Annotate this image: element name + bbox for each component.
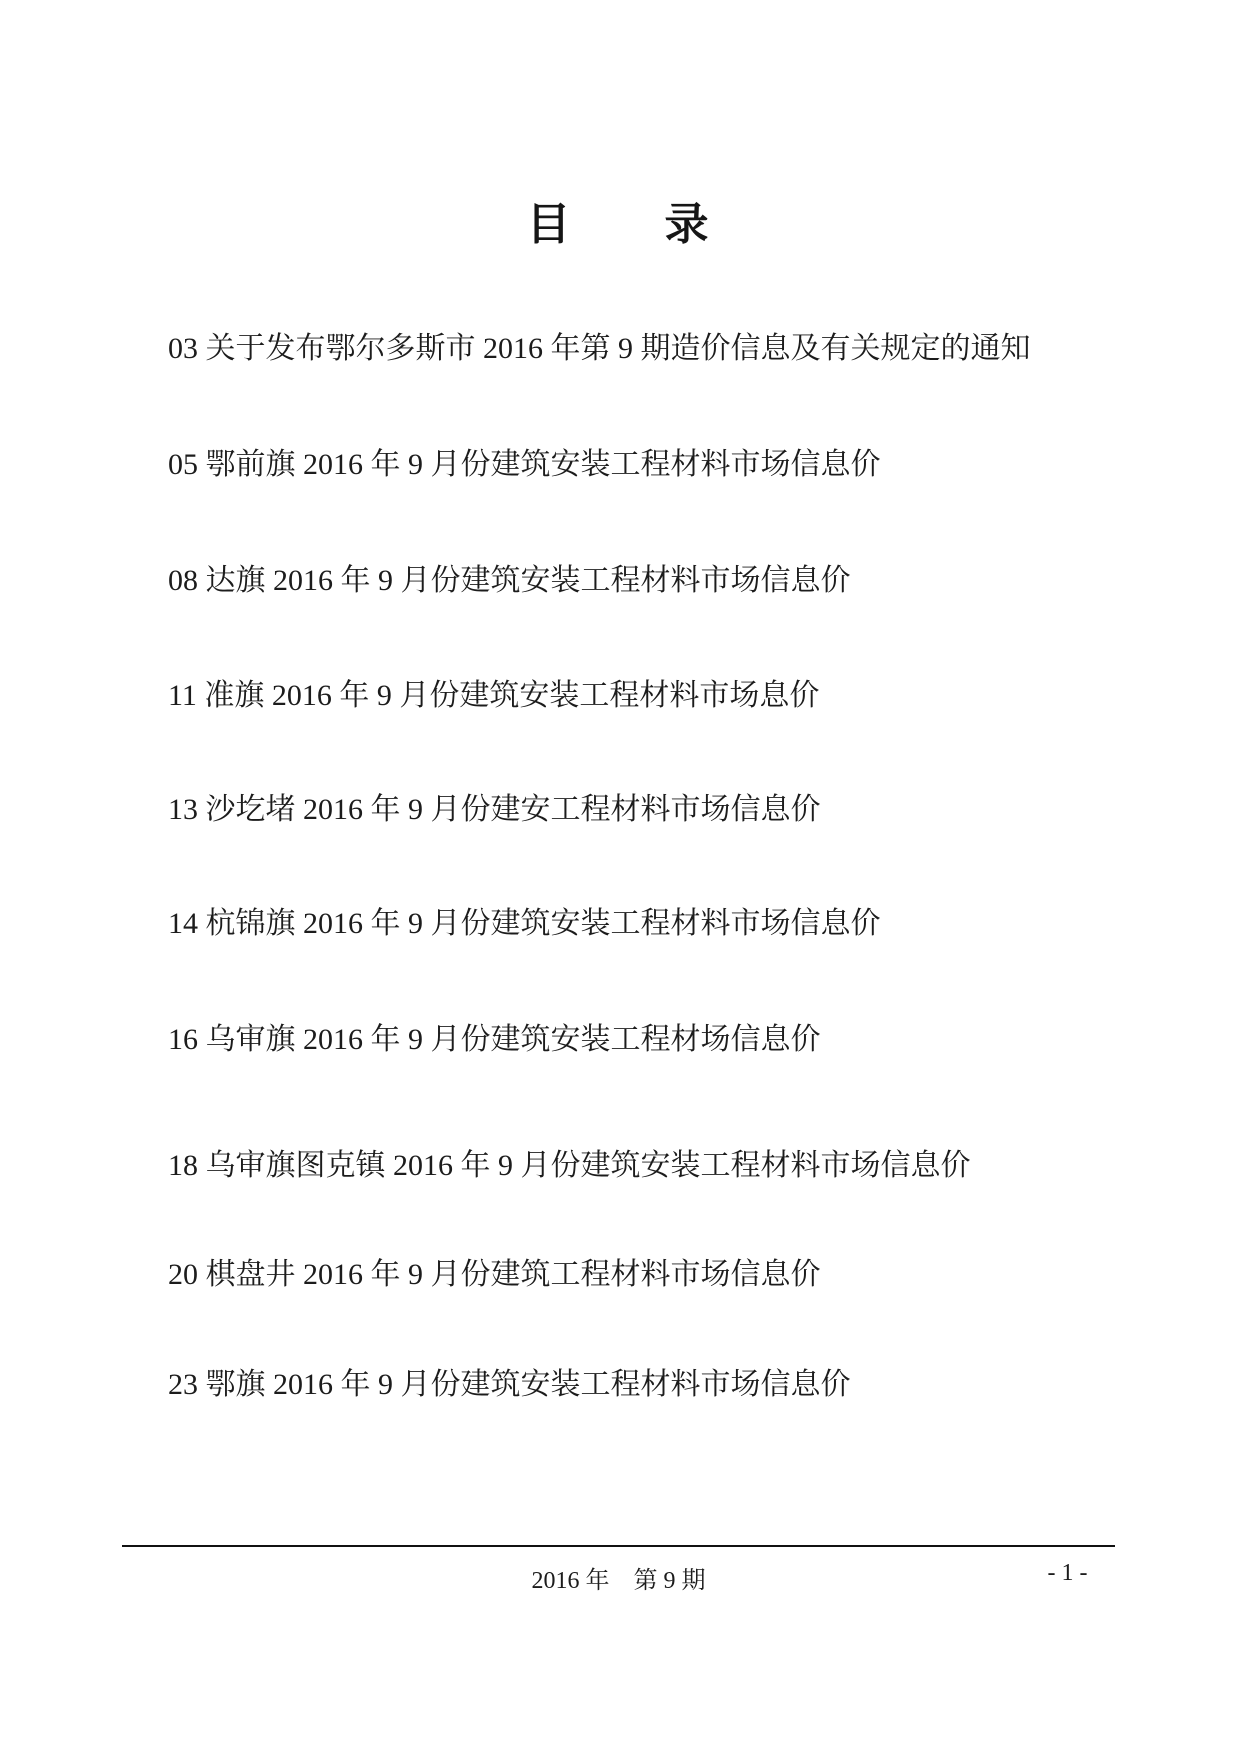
toc-entry: 18 乌审旗图克镇 2016 年 9 月份建筑安装工程材料市场信息价 xyxy=(168,1147,1120,1185)
toc-entry: 08 达旗 2016 年 9 月份建筑安装工程材料市场信息价 xyxy=(168,562,1120,600)
document-page: 目 录 03 关于发布鄂尔多斯市 2016 年第 9 期造价信息及有关规定的通知… xyxy=(0,0,1240,1754)
toc-list: 03 关于发布鄂尔多斯市 2016 年第 9 期造价信息及有关规定的通知 05 … xyxy=(0,0,1240,1754)
toc-entry: 23 鄂旗 2016 年 9 月份建筑安装工程材料市场信息价 xyxy=(168,1366,1120,1404)
footer-divider xyxy=(122,1545,1115,1547)
toc-entry: 05 鄂前旗 2016 年 9 月份建筑安装工程材料市场信息价 xyxy=(168,446,1120,484)
toc-entry: 11 准旗 2016 年 9 月份建筑安装工程材料市场息价 xyxy=(168,677,1120,715)
toc-entry: 20 棋盘井 2016 年 9 月份建筑工程材料市场信息价 xyxy=(168,1256,1120,1294)
toc-entry: 14 杭锦旗 2016 年 9 月份建筑安装工程材料市场信息价 xyxy=(168,905,1120,943)
footer-issue-label: 2016 年 第 9 期 xyxy=(122,1560,1115,1595)
footer-page-number: - 1 - xyxy=(1020,1560,1115,1587)
toc-entry: 03 关于发布鄂尔多斯市 2016 年第 9 期造价信息及有关规定的通知 xyxy=(168,330,1120,368)
toc-entry: 13 沙圪堵 2016 年 9 月份建安工程材料市场信息价 xyxy=(168,791,1120,829)
toc-entry: 16 乌审旗 2016 年 9 月份建筑安装工程材场信息价 xyxy=(168,1021,1120,1059)
